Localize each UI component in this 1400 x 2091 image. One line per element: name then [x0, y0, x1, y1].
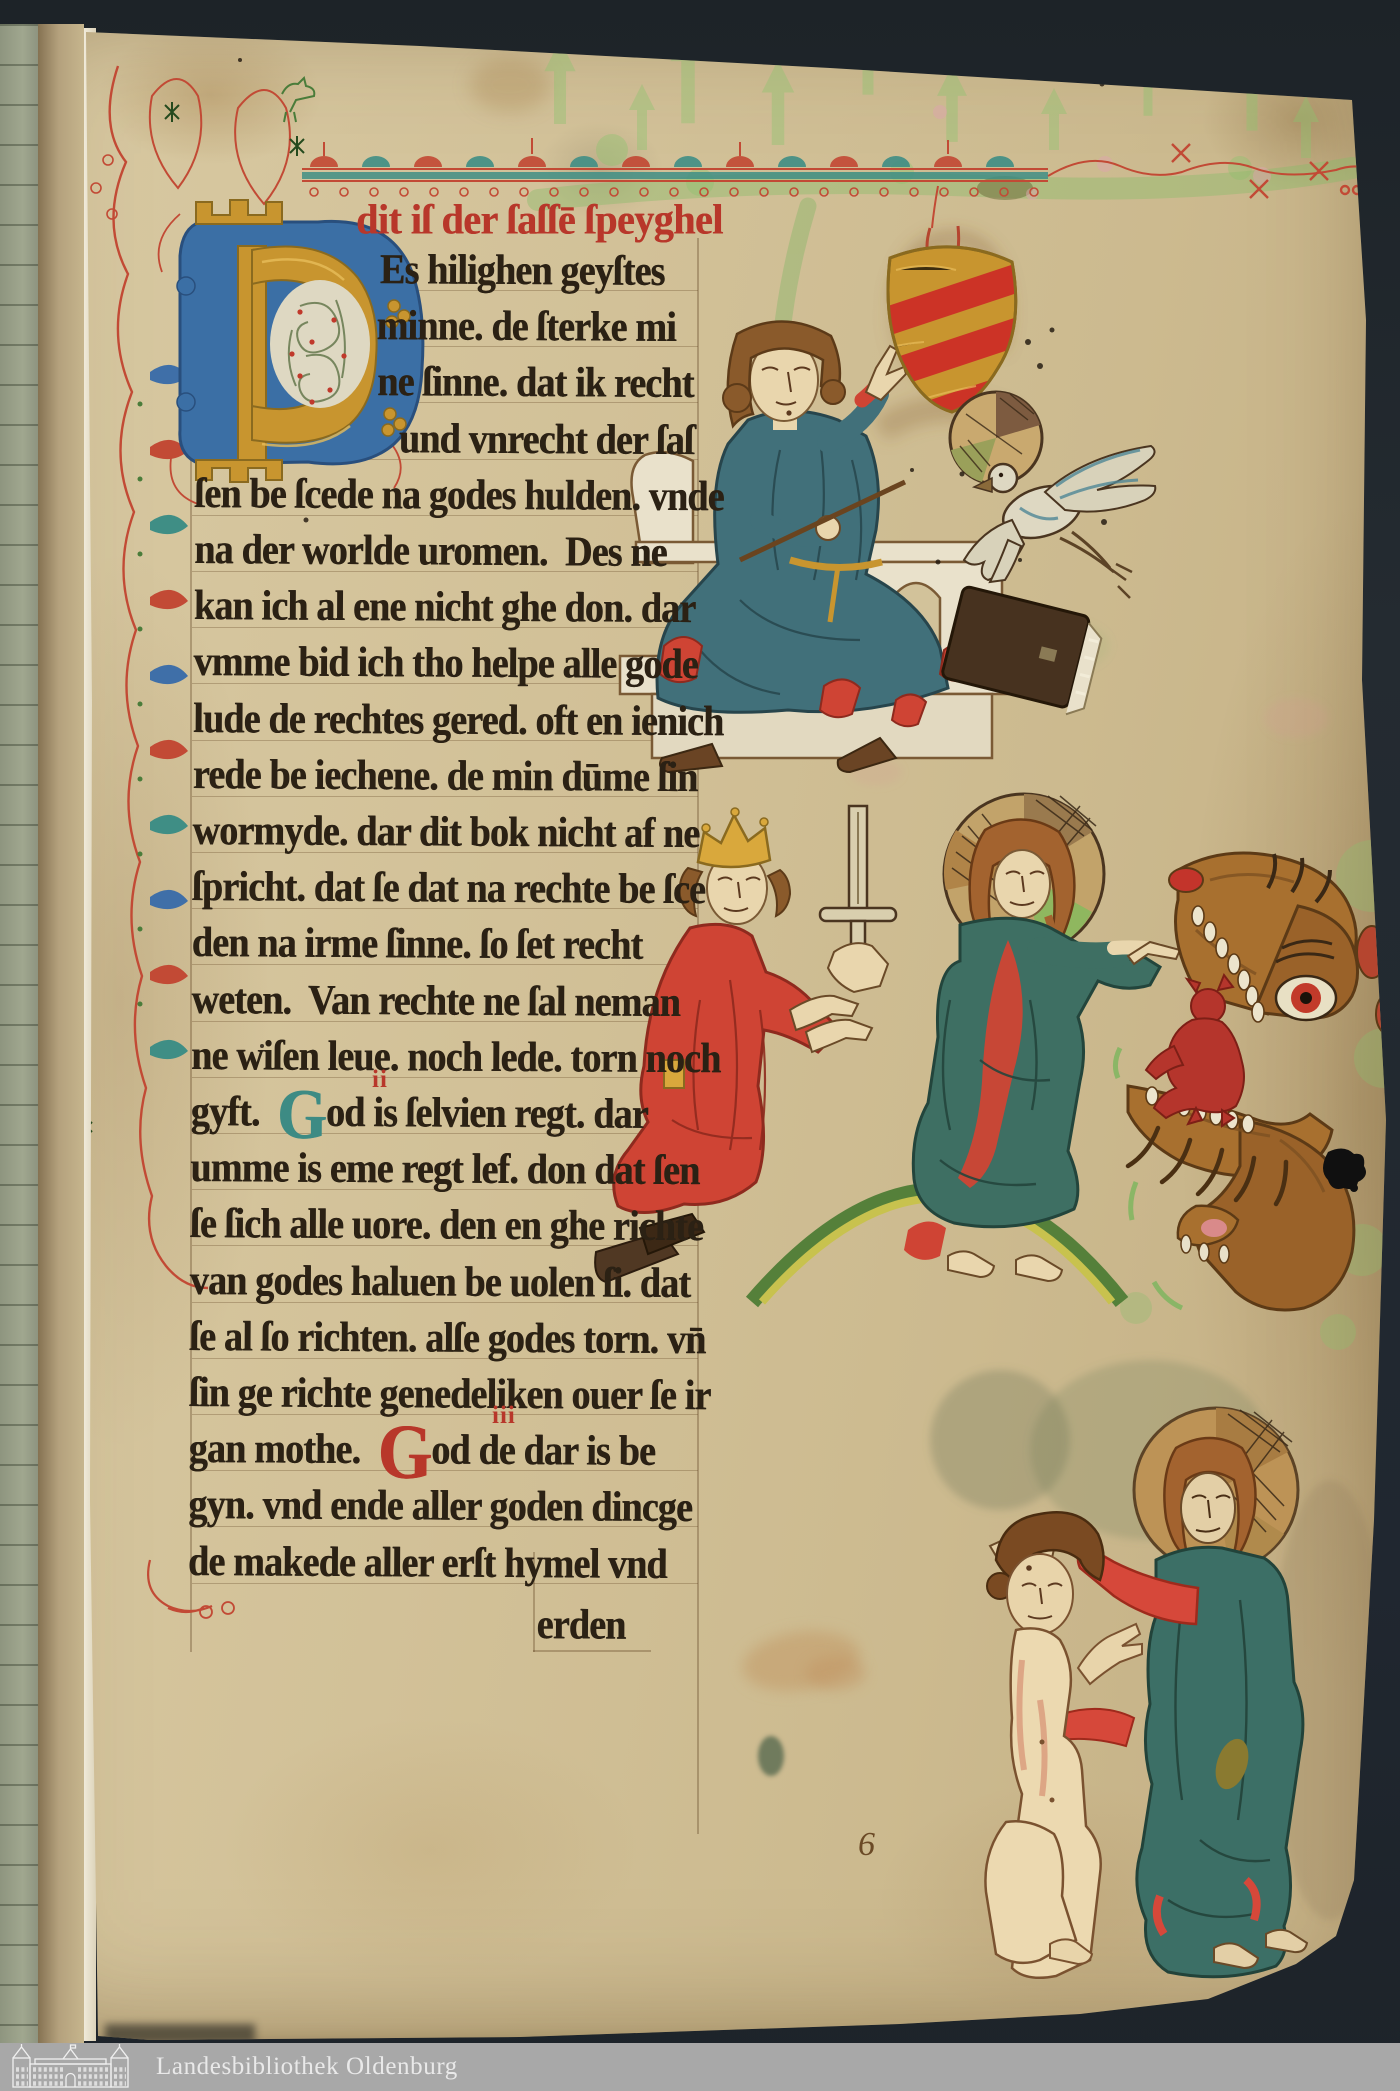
text-line: de makede aller erſt hymel vnd [188, 1537, 667, 1589]
text-segment: Es hilighen geyſtes [380, 246, 665, 295]
text-segment: ſe al ſo richten. alſe godes torn. vn̄ [189, 1313, 705, 1363]
text-segment: gan mothe. [189, 1425, 378, 1473]
folio-number: 6 [858, 1826, 875, 1864]
manuscript-scan-view: dit iſ der ſaſſē ſpeyghel Es hilighen ge… [0, 0, 1400, 2091]
text-line: minne. de ſterke mi [376, 301, 676, 352]
text-line: lude de rechtes gered. oft en ienich [193, 694, 724, 747]
sword [820, 806, 896, 985]
adam-figure [985, 1512, 1142, 1978]
ruling-erden-bracket [533, 1650, 651, 1652]
text-segment: ſin ge richte genedeliken ouer ſe ir [189, 1369, 711, 1419]
stain [806, 1656, 866, 1690]
text-segment: kan ich al ene nicht ghe don. dar [194, 582, 696, 632]
text-line: ſen be ſcede na godes hulden. vnde [194, 469, 723, 522]
text-segment: minne. de ſterke mi [376, 302, 676, 351]
text-segment: den na irme ſinne. ſo ſet recht [192, 919, 643, 969]
text-line: erden [536, 1600, 625, 1650]
text-segment: umme is eme regt lef. don dat ſen [190, 1144, 699, 1194]
text-line: vmme bid ich tho helpe alle gode [193, 637, 698, 689]
text-line: ne wiſen leue. noch lede. torn noch [191, 1031, 721, 1084]
footer-bar: Landesbibliothek Oldenburg [0, 2043, 1400, 2091]
parchment-page: dit iſ der ſaſſē ſpeyghel Es hilighen ge… [0, 0, 1400, 2043]
text-line: van godes haluen be uolen ſi. dat [190, 1256, 691, 1308]
text-line: wormyde. dar dit bok nicht af ne [192, 806, 699, 858]
text-line: Es hilighen geyſtes [380, 245, 665, 296]
stain [470, 58, 550, 112]
god-creator-figure [990, 1408, 1307, 1977]
heraldic-shield [858, 226, 1020, 454]
rubric-title: dit iſ der ſaſſē ſpeyghel [356, 198, 723, 242]
chapter-numeral: ii [372, 1066, 388, 1094]
chapter-numeral: iii [492, 1402, 516, 1430]
inline-initial: G [277, 1074, 326, 1154]
text-line: gyn. vnd ende aller goden dincge [188, 1480, 692, 1532]
text-line: ſe al ſo richten. alſe godes torn. vn̄ [189, 1312, 705, 1364]
parchment-fore-edge [38, 24, 84, 2043]
holy-spirit-dove-icon [950, 392, 1155, 598]
text-line: gyft. God is ſelvien regt. dar [191, 1087, 648, 1139]
text-segment: lude de rechtes gered. oft en ienich [193, 695, 723, 745]
book-icon [940, 586, 1106, 718]
text-line: den na irme ſinne. ſo ſet recht [192, 918, 643, 970]
text-segment: od de dar is be [431, 1427, 655, 1475]
text-segment: gyft. [191, 1088, 278, 1136]
devil-figure [1146, 975, 1244, 1126]
text-line: kan ich al ene nicht ghe don. dar [194, 581, 696, 633]
text-line: ſin ge richte genedeliken ouer ſe ir [189, 1368, 711, 1420]
text-line: umme is eme regt lef. don dat ſen [190, 1143, 699, 1195]
text-segment: van godes haluen be uolen ſi. dat [190, 1257, 691, 1307]
creation-scene [985, 1408, 1307, 1978]
stain [300, 236, 356, 276]
footer-label: Landesbibliothek Oldenburg [156, 2053, 458, 2081]
text-line: weten. Van rechte ne ſal neman [191, 975, 680, 1027]
text-segment: vmme bid ich tho helpe alle gode [193, 638, 698, 688]
text-segment: und vnrecht der ſaſ [399, 415, 694, 464]
library-building-icon [10, 2044, 132, 2090]
christ-in-judgment [828, 794, 1180, 1281]
text-segment: od is ſelvien regt. dar [326, 1089, 648, 1138]
hellmouth-beast [1115, 853, 1400, 1310]
text-segment: ſpricht. dat ſe dat na rechte be ſce [192, 863, 705, 913]
bleed-through-ghost-figure [814, 238, 1390, 1920]
page-lift-shadow [105, 2024, 255, 2043]
text-line: und vnrecht der ſaſ [399, 414, 694, 465]
text-segment: weten. Van rechte ne ſal neman [191, 976, 680, 1026]
text-segment: erden [536, 1601, 625, 1649]
text-segment: ſe ſich alle uore. den en ghe richte [190, 1200, 703, 1250]
text-segment: de makede aller erſt hymel vnd [188, 1538, 667, 1588]
ink-blot-green [758, 1736, 784, 1776]
text-segment: ne wiſen leue. noch lede. torn noch [191, 1032, 721, 1082]
text-segment: gyn. vnd ende aller goden dincge [188, 1481, 692, 1531]
rainbow [752, 1190, 1122, 1302]
text-line: ſpricht. dat ſe dat na rechte be ſce [192, 862, 705, 914]
text-segment: rede be iechene. de min dūme ſin [193, 751, 698, 801]
text-segment: ſen be ſcede na godes hulden. vnde [194, 470, 723, 520]
text-line: ſe ſich alle uore. den en ghe richte [190, 1199, 703, 1251]
text-line: rede be iechene. de min dūme ſin [193, 750, 698, 802]
text-segment: ne ſinne. dat ik recht [377, 358, 694, 407]
text-line: na der worlde uromen. Des ne [194, 525, 667, 577]
book-page-edges [0, 24, 38, 2043]
text-line: ne ſinne. dat ik recht [377, 357, 694, 408]
text-segment: na der worlde uromen. Des ne [194, 526, 667, 576]
text-segment: wormyde. dar dit bok nicht af ne [192, 807, 699, 857]
text-line: gan mothe. God de dar is be [189, 1424, 656, 1476]
